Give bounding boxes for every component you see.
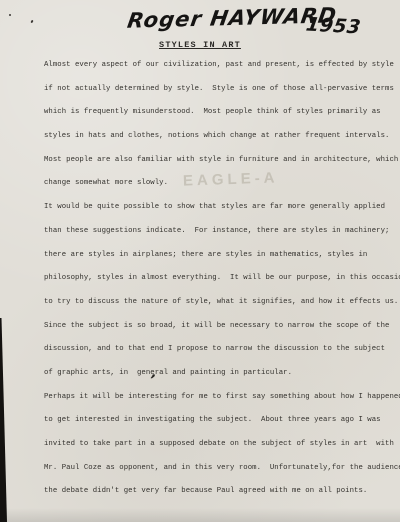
typed-line: the debate didn't get very far because P…: [44, 480, 396, 504]
handwritten-year: 1953: [304, 14, 362, 39]
scanned-typescript-page: Roger HAYWARD 1953 STYLES IN ART EAGLE-A…: [0, 0, 400, 522]
typed-line: Almost every aspect of our civilization,…: [44, 54, 396, 78]
typed-line: philosophy, styles in almost everything.…: [44, 267, 396, 291]
typed-line: discussion, and to that end I propose to…: [44, 338, 396, 362]
typed-line: It would be quite possible to show that …: [44, 196, 396, 220]
handwritten-annotation: Roger HAYWARD 1953: [0, 2, 400, 42]
scan-shadow: [0, 508, 400, 522]
typed-line: there are styles in airplanes; there are…: [44, 244, 396, 268]
page-title: STYLES IN ART: [0, 40, 400, 50]
typed-line: change somewhat more slowly.: [44, 172, 396, 196]
typed-line: of graphic arts, in general and painting…: [44, 362, 396, 386]
typed-line: to get interested in investigating the s…: [44, 409, 396, 433]
typed-line: Most people are also familiar with style…: [44, 149, 396, 173]
typed-line: if not actually determined by style. Sty…: [44, 78, 396, 102]
typed-body: Almost every aspect of our civilization,…: [44, 54, 396, 504]
typed-line: Mr. Paul Coze as opponent, and in this v…: [44, 457, 396, 481]
scan-edge-artifact: [0, 318, 9, 522]
typed-line: invited to take part in a supposed debat…: [44, 433, 396, 457]
typed-line: to try to discuss the nature of style, w…: [44, 291, 396, 315]
typed-line: Since the subject is so broad, it will b…: [44, 315, 396, 339]
typed-line: styles in hats and clothes, notions whic…: [44, 125, 396, 149]
typed-line: than these suggestions indicate. For ins…: [44, 220, 396, 244]
typed-line: Perhaps it will be interesting for me to…: [44, 386, 396, 410]
typed-line: which is frequently misunderstood. Most …: [44, 101, 396, 125]
